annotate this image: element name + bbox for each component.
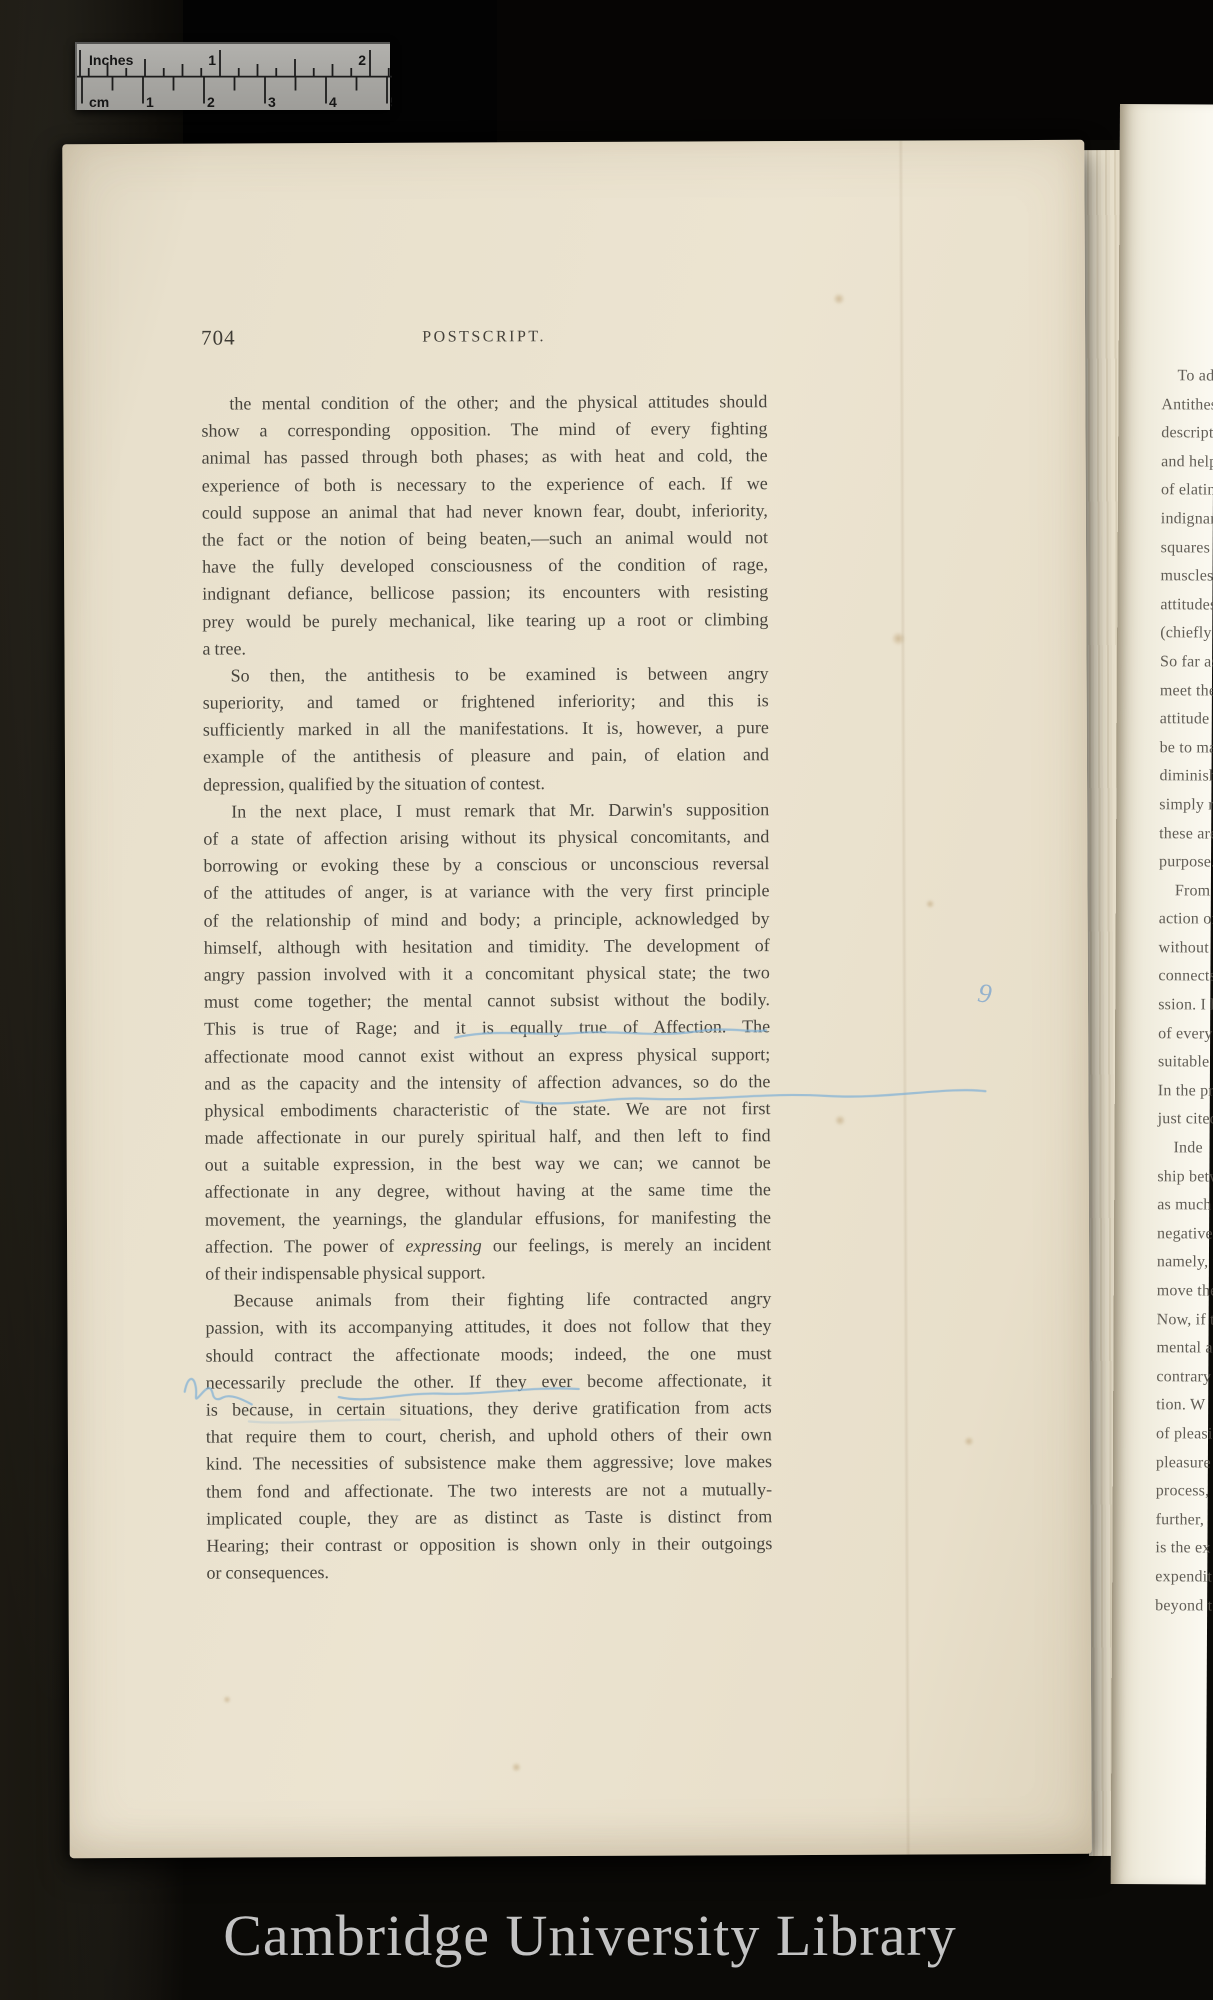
text-block: the mental condition of the other; and t… (201, 388, 772, 1587)
facing-page-line: attitude in (1160, 705, 1213, 735)
facing-page-line: purpose. (1159, 848, 1213, 878)
facing-page-line: ship betw (1157, 1163, 1213, 1193)
text-line: So then, the antithesis to be examined i… (203, 660, 769, 690)
text-line: passion, with its accompanying attitudes… (205, 1313, 771, 1343)
text-line: or consequences. (206, 1557, 772, 1587)
text-line: This is true of Rage; and it is equally … (204, 1013, 770, 1043)
facing-page-line: diminish t (1159, 763, 1213, 793)
text-line: experience of both is necessary to the e… (202, 470, 768, 500)
fox-spot (835, 1115, 846, 1126)
facing-page-line: contrary (1156, 1363, 1213, 1393)
facing-page-line: ssion. I h (1158, 991, 1213, 1021)
facing-page-line: So far as I (1160, 648, 1213, 678)
ruler-number: 4 (329, 94, 337, 110)
library-watermark: Cambridge University Library (0, 1902, 1180, 1969)
fox-spot (833, 293, 845, 305)
text-line: of the attitudes of anger, is at varianc… (203, 878, 769, 908)
page-header: 704 POSTSCRIPT. (201, 323, 767, 355)
facing-page-line: suitable c (1158, 1048, 1213, 1078)
text-line: is because, in certain situations, they … (206, 1394, 772, 1424)
facing-page-line: muscles of (1160, 562, 1213, 592)
book-page: 704 POSTSCRIPT. the mental condition of … (62, 140, 1091, 1858)
text-line: the fact or the notion of being beaten,—… (202, 524, 768, 554)
facing-page-line: beyond t (1155, 1592, 1213, 1622)
facing-page-line: and helpless (1161, 448, 1213, 478)
facing-page-line: meet the in (1160, 677, 1213, 707)
facing-page-line: of every (1158, 1020, 1213, 1050)
facing-page-line: mental a (1156, 1334, 1213, 1364)
facing-page-line: as much (1157, 1191, 1213, 1221)
facing-page-line: Now, if t (1157, 1306, 1213, 1336)
text-line: himself, although with hesitation and ti… (204, 932, 770, 962)
text-line: Hearing; their contrast or opposition is… (206, 1530, 772, 1560)
facing-page-line: Inde (1157, 1134, 1213, 1164)
facing-page-line: description t (1161, 419, 1213, 449)
facing-page-line: From (1159, 877, 1213, 907)
ruler-scale: Inches cm 1212345 (77, 44, 392, 112)
facing-page-line: negatives (1157, 1220, 1213, 1250)
ruler-number: 1 (146, 94, 154, 110)
text-line: affectionate in any degree, without havi… (205, 1177, 771, 1207)
text-line: of a state of affection arising without … (203, 823, 769, 853)
photo-stage: Inches cm 1212345 To adveAntithesis.desc… (0, 0, 1213, 2000)
facing-page-line: move the (1157, 1277, 1213, 1307)
pencil-margin-mark: 9 (976, 977, 994, 1010)
ruler-number: 3 (268, 94, 276, 110)
text-line: affection. The power of expressing our f… (205, 1231, 771, 1261)
facing-page-line: connects l (1158, 963, 1213, 993)
facing-page-line: indignant en (1161, 505, 1213, 535)
facing-page-line: of elating (1161, 477, 1213, 507)
text-line: example of the antithesis of pleasure an… (203, 742, 769, 772)
text-line: angry passion involved with it a concomi… (204, 959, 770, 989)
text-line: them fond and affectionate. The two inte… (206, 1476, 772, 1506)
text-line: animal has passed through both phases; a… (202, 443, 768, 473)
text-line: out a suitable expression, in the best w… (205, 1149, 771, 1179)
fox-spot (223, 1696, 231, 1704)
facing-page-line: further, (1156, 1506, 1213, 1536)
text-line: and as the capacity and the intensity of… (204, 1068, 770, 1098)
facing-page-line: In the pre (1158, 1077, 1213, 1107)
running-title: POSTSCRIPT. (201, 327, 767, 347)
text-line: necessarily preclude the other. If they … (206, 1367, 772, 1397)
facing-page-line: these are d (1159, 820, 1213, 850)
ruler-number: 2 (358, 52, 366, 68)
facing-page-line: (chiefly one (1160, 620, 1213, 650)
page-crease (898, 141, 910, 1855)
facing-page-line: attitudes; h (1160, 591, 1213, 621)
text-line: of their indispensable physical support. (205, 1258, 771, 1288)
facing-page: To adveAntithesis.description tand helpl… (1111, 104, 1213, 1884)
facing-page-line: expendit (1155, 1563, 1213, 1593)
facing-page-line: process, (1156, 1477, 1213, 1507)
text-line: must come together; the mental cannot su… (204, 986, 770, 1016)
text-line: the mental condition of the other; and t… (201, 388, 767, 418)
background-top-band (497, 0, 1213, 140)
facing-page-line: be to mak (1160, 734, 1213, 764)
facing-page-line: without e (1159, 934, 1213, 964)
facing-page-line: tion. W (1156, 1392, 1213, 1422)
ruler-cm-label: cm (89, 94, 109, 110)
facing-page-line: squares his (1161, 534, 1213, 564)
facing-page-line: action of t (1159, 905, 1213, 935)
facing-page-line: pleasure (1156, 1449, 1213, 1479)
text-line: made affectionate in our purely spiritua… (205, 1122, 771, 1152)
fox-spot (891, 632, 905, 646)
fox-spot (964, 1436, 974, 1446)
text-line: depression, qualified by the situation o… (203, 769, 769, 799)
text-line: a tree. (202, 633, 768, 663)
text-line: that require them to court, cherish, and… (206, 1421, 772, 1451)
facing-page-line: Antithesis. (1161, 391, 1213, 421)
text-line: prey would be purely mechanical, like te… (202, 606, 768, 636)
ruler-number: 2 (207, 94, 215, 110)
measurement-ruler: Inches cm 1212345 (75, 42, 390, 110)
text-line: show a corresponding opposition. The min… (201, 415, 767, 445)
text-line: physical embodiments characteristic of t… (204, 1095, 770, 1125)
text-line: affectionate mood cannot exist without a… (204, 1041, 770, 1071)
facing-page-line: simply rele (1159, 791, 1213, 821)
text-line: have the fully developed consciousness o… (202, 551, 768, 581)
text-line: should contract the affectionate moods; … (205, 1340, 771, 1370)
facing-page-line: of pleasi (1156, 1420, 1213, 1450)
ruler-number: 1 (208, 52, 216, 68)
ruler-inches-label: Inches (89, 52, 134, 68)
facing-page-line: is the ex (1155, 1535, 1213, 1565)
text-line: borrowing or evoking these by a consciou… (203, 850, 769, 880)
ruler-numbers: 1212345 (146, 52, 392, 110)
text-line: indignant defiance, bellicose passion; i… (202, 578, 768, 608)
fox-spot (511, 1762, 521, 1772)
text-line: could suppose an animal that had never k… (202, 497, 768, 527)
text-line: movement, the yearnings, the glandular e… (205, 1204, 771, 1234)
text-line: implicated couple, they are as distinct … (206, 1503, 772, 1533)
fox-spot (926, 899, 935, 908)
text-line: kind. The necessities of subsistence mak… (206, 1448, 772, 1478)
facing-page-line: just cited (1158, 1106, 1213, 1136)
facing-page-line: namely, t (1157, 1249, 1213, 1279)
text-line: of the relationship of mind and body; a … (204, 905, 770, 935)
text-line: superiority, and tamed or frightened inf… (203, 687, 769, 717)
facing-page-line: To adve (1161, 362, 1213, 392)
facing-page-text: To adveAntithesis.description tand helpl… (1155, 362, 1213, 1621)
text-line: Because animals from their fighting life… (205, 1285, 771, 1315)
text-line: In the next place, I must remark that Mr… (203, 796, 769, 826)
ruler-number: 5 (390, 94, 392, 110)
text-line: sufficiently marked in all the manifesta… (203, 714, 769, 744)
